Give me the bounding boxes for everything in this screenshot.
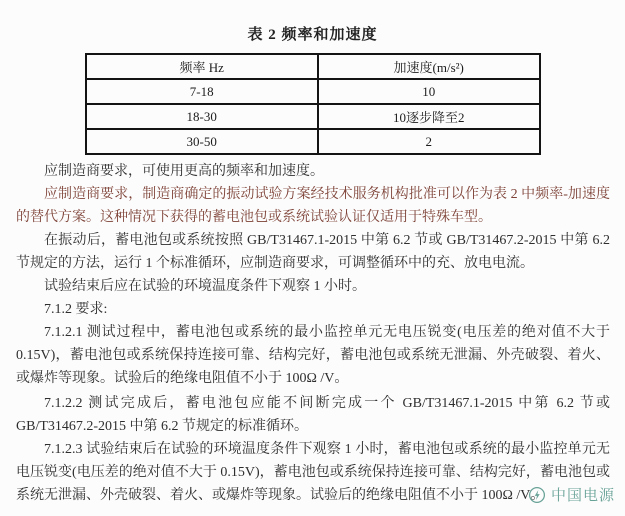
document-page: 表 2 频率和加速度 频率 Hz 加速度(m/s²) 7-18 10 18-30… <box>0 0 625 516</box>
frequency-acceleration-table: 频率 Hz 加速度(m/s²) 7-18 10 18-30 10逐步降至2 30… <box>85 53 541 155</box>
watermark: 中国电源 <box>528 484 615 505</box>
cell-acceleration: 10 <box>318 79 540 104</box>
paragraph-requirements-heading: 7.1.2 要求: <box>16 298 610 321</box>
paragraph-observe-one-hour: 试验结束后应在试验的环境温度条件下观察 1 小时。 <box>16 275 610 298</box>
table-row: 30-50 2 <box>86 129 540 154</box>
paragraph-7123: 7.1.2.3 试验结束后在试验的环境温度条件下观察 1 小时，蓄电池包或系统的… <box>16 438 610 507</box>
paragraph-7122: 7.1.2.2 测试完成后，蓄电池包应能不间断完成一个 GB/T31467.1-… <box>16 392 610 438</box>
table-row: 7-18 10 <box>86 79 540 104</box>
cell-frequency: 30-50 <box>86 129 318 154</box>
header-frequency: 频率 Hz <box>86 54 318 79</box>
power-logo-icon <box>528 486 546 504</box>
paragraph-manufacturer-request: 应制造商要求，可使用更高的频率和加速度。 <box>16 160 610 183</box>
table-header-row: 频率 Hz 加速度(m/s²) <box>86 54 540 79</box>
paragraph-after-vibration: 在振动后，蓄电池包或系统按照 GB/T31467.1-2015 中第 6.2 节… <box>16 229 610 275</box>
paragraph-alternative-plan: 应制造商要求，制造商确定的振动试验方案经技术服务机构批准可以作为表 2 中频率-… <box>16 183 610 229</box>
cell-acceleration: 10逐步降至2 <box>318 104 540 129</box>
watermark-label: 中国电源 <box>551 484 615 505</box>
table-title: 表 2 频率和加速度 <box>0 0 625 44</box>
cell-acceleration: 2 <box>318 129 540 154</box>
cell-frequency: 7-18 <box>86 79 318 104</box>
cell-frequency: 18-30 <box>86 104 318 129</box>
table-row: 18-30 10逐步降至2 <box>86 104 540 129</box>
header-acceleration: 加速度(m/s²) <box>318 54 540 79</box>
paragraph-7121: 7.1.2.1 测试过程中，蓄电池包或系统的最小监控单元无电压锐变(电压差的绝对… <box>16 321 610 390</box>
body-text: 应制造商要求，可使用更高的频率和加速度。 应制造商要求，制造商确定的振动试验方案… <box>16 160 610 507</box>
